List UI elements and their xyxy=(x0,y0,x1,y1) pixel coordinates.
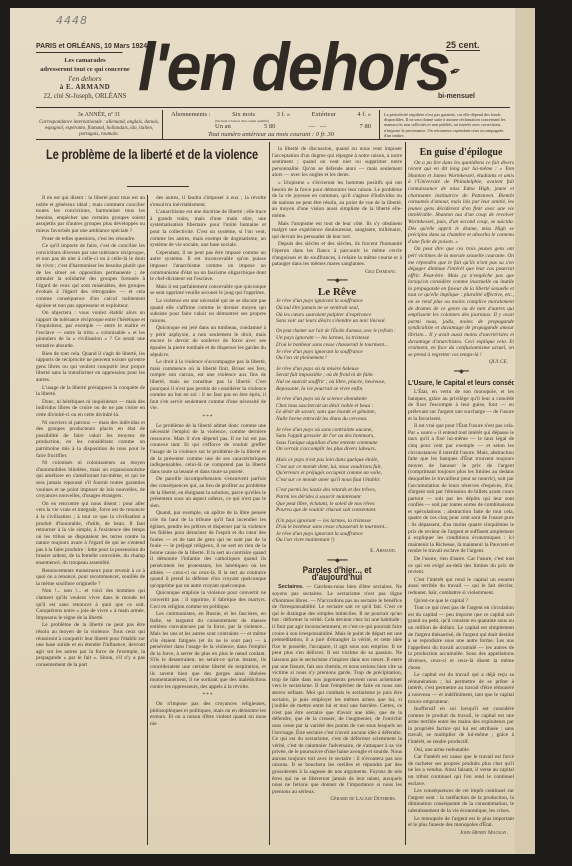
issue-info: 3e ANNÉE, nº 31 Correspondance internati… xyxy=(36,110,162,139)
paragraph: Donc, ni hérétiques ni inquisiteurs — ma… xyxy=(36,399,145,419)
poem-line: Un pays ignorant — les larmes, la triste… xyxy=(276,335,398,342)
paroles-body: — Gardons-nous bien d'être sectaires. Ne… xyxy=(272,584,402,794)
paragraph: Quand, par exemple, un apôtre de la libr… xyxy=(150,510,266,589)
poem-line: Reposante, la vie pourrait se vivre enfi… xyxy=(276,386,398,393)
poem-line: Je rêve d'un pays où sans contrainte auc… xyxy=(276,427,398,434)
archive-mark: 4448 xyxy=(56,14,88,27)
subscriptions: Abonnements : Six mois 3 f. » Extérieur … xyxy=(162,110,380,139)
main-article-column-1: Il en est qui disent : la liberté pour t… xyxy=(36,195,145,845)
epilogue-signature: QUI CE. xyxy=(408,359,514,366)
poem-line: Sans voir sur leurs désirs s'étendre un … xyxy=(276,318,398,325)
paragraph: Le problème de la liberté admet donc com… xyxy=(150,423,266,476)
paragraph: Mais il est parfaitement concevable que … xyxy=(150,284,266,297)
six-months-price: 3 f. » xyxy=(277,111,291,119)
epilogue-body: On a pu lire dans les quotidiens ce fait… xyxy=(408,160,514,359)
paragraph: On a pu lire dans les quotidiens ce fait… xyxy=(408,160,514,246)
main-article-signature: Gigi Damiani. xyxy=(272,269,402,276)
info-bar: 3e ANNÉE, nº 31 Correspondance internati… xyxy=(36,110,510,140)
address-line: à E. ARMAND xyxy=(34,83,136,92)
ornament-divider: ━━━◆━━━ xyxy=(272,558,402,565)
back-issue-price: Tout numéro antérieur au mois courant : … xyxy=(171,131,371,139)
price: 25 cent. xyxy=(446,40,480,51)
address-line: Les camarades xyxy=(34,56,136,65)
paragraph: Quiconque emploie la violence pour conve… xyxy=(150,590,266,610)
poem-line: Nul ne saurait souffrir ; où libre, plac… xyxy=(276,379,398,386)
paragraph: Ni ouvriers ni patrons — mais des indivi… xyxy=(36,420,145,460)
column-rule xyxy=(405,142,406,845)
poem-line: Ou l'on vit pleinement ! xyxy=(276,355,398,362)
paragraph: Car l'intérêt est cause que le travail e… xyxy=(408,754,514,787)
paragraph: Non !... non !... et voici des hommes qu… xyxy=(36,588,145,621)
poem-stanza: Je rêve d'un pays où la misère hideuseSe… xyxy=(276,366,398,392)
poem-line: D'où le bonheur sans cesse chasserait le… xyxy=(276,342,398,349)
paroles-title: Paroles d'hier... et d'aujourd'hui xyxy=(282,568,393,581)
poem-line: Que peut libre, éclatant, le soleil de n… xyxy=(276,501,398,508)
poem-line: Pourvu que de vouloir chacun soit consen… xyxy=(276,507,398,514)
paragraph: Le droit à la violence n'accompagne pas … xyxy=(150,359,266,412)
foreign-year-price: 7 80 xyxy=(360,123,371,131)
dateline: PARIS et ORLÉANS, 10 Mars 1924 xyxy=(36,41,122,53)
paragraph: C'est l'intérêt qui rend le capital un e… xyxy=(408,577,514,597)
paragraph: Cependant, il ne peut pas être imposé co… xyxy=(150,250,266,283)
paragraph: Rien de tout cela. Quand il s'agit de li… xyxy=(36,351,145,384)
main-article-continuation: la liberté de discussion, quand on nous … xyxy=(272,146,402,268)
ornament-divider: ━━━◆━━━ xyxy=(272,278,402,285)
poem-line: Le désir de savoir, sans que lourde et g… xyxy=(276,409,398,416)
epilogue-title: En guise d'épilogue xyxy=(408,150,514,157)
address-line: 22, cité St-Joseph, ORLÉANS xyxy=(34,92,136,101)
paragraph: Mais l'utopisme est tout de leur côté. I… xyxy=(272,221,402,241)
editorial-notice: La périodicité régulière n'est pas garan… xyxy=(380,110,510,139)
column-3: la liberté de discussion, quand on nous … xyxy=(272,146,402,846)
paragraph: Qu'est-ce que le capital ? xyxy=(408,598,514,605)
column-rule xyxy=(147,195,148,845)
poem-line: Où nul être jamais ne se sentirait seul, xyxy=(276,305,398,312)
paragraph: On peut dire que ces trois jeunes gens o… xyxy=(408,246,514,358)
paragraph: Inoffensif en soi lorsqu'il est considér… xyxy=(408,706,514,746)
poem-stanza: Mais ce pays n'est pas loin dans quelque… xyxy=(276,457,398,483)
poem-line: Je rêve d'un pays où la science abondant… xyxy=(276,396,398,403)
paragraph: Il en est qui disent : la liberté pour t… xyxy=(36,195,145,235)
poem-stanza: Je rêve d'un pays où la science abondant… xyxy=(276,396,398,422)
column-4: En guise d'épilogue On a pu lire dans le… xyxy=(408,146,514,846)
poem-line: C'est sur ce monde amer qu'il nous faut … xyxy=(276,477,398,484)
poem-line: Ou l'on vivre maintenant !) xyxy=(276,537,398,544)
usure-signature: John Henry Mackay. xyxy=(408,830,514,837)
poem-line: Je rêve d'un pays ignorant la souffrance xyxy=(276,298,398,305)
poem-line: C'est parmi les lazzis des retards et de… xyxy=(276,487,398,494)
usure-title: L'Usure, le Capital et leurs conséquence… xyxy=(408,380,501,387)
paroles-signature: Gérard de Lacaze Duthiers. xyxy=(272,796,402,803)
usure-body: L'État, en vertu de son monopole, et les… xyxy=(408,389,514,829)
paragraph: la liberté de discussion, quand on nous … xyxy=(272,146,402,179)
paragraph: Ce qu'il importe de faire, c'est de conc… xyxy=(36,243,145,309)
editor-address: Les camarades adresseront tout ce qui co… xyxy=(34,56,136,101)
poem-stanza: Je rêve d'un pays où sans contrainte auc… xyxy=(276,427,398,453)
paragraph: Tout ce qui n'est pas de l'argent en cir… xyxy=(408,605,514,671)
ornament-divider: ━━◆━━ xyxy=(408,369,514,376)
year-price: 5 80 xyxy=(264,123,275,131)
poem-stanza: C'est parmi les lazzis des retards et de… xyxy=(276,487,398,513)
foreign-label: Extérieur xyxy=(312,111,336,119)
page-edge xyxy=(515,8,535,854)
poem-line: Je rêve d'un pays ignorant la souffrance xyxy=(276,349,398,356)
poem-line: Qu'erreurs et préjugés occupent comme un… xyxy=(276,470,398,477)
poem-line: (Un pays ignorant — les larmes, la trist… xyxy=(276,518,398,525)
paragraph: On n'impose pas des croyances religieuse… xyxy=(150,701,266,727)
paragraph: De pareille incompréhension s'ensuivent … xyxy=(150,476,266,509)
poem-stanza: Je rêve d'un pays ignorant la souffrance… xyxy=(276,298,398,324)
poem-title: Le Rêve xyxy=(272,289,402,296)
masthead-rule xyxy=(36,107,510,108)
paragraph: De l'usure, rien d'autre. Car l'usure, c… xyxy=(408,556,514,576)
paragraph: Il est vrai que pour l'État l'usure n'es… xyxy=(408,423,514,555)
paragraph: Le capital est du travail qui a déjà reç… xyxy=(408,672,514,705)
year-issue: 3e ANNÉE, nº 31 xyxy=(36,112,162,118)
paragraph: des autres, il faudra s'imposer à eux ; … xyxy=(150,195,266,208)
paragraph: Les communistes, en Russie, et les fasci… xyxy=(150,611,266,690)
poem-line: Où les cœurs sauraient palpiter d'espéra… xyxy=(276,312,398,319)
poem-stanza: (Un pays ignorant — les larmes, la trist… xyxy=(276,518,398,544)
poem-body: Je rêve d'un pays ignorant la souffrance… xyxy=(272,298,402,544)
poem-line: Parmi les dérides à souvrir maintenant xyxy=(276,494,398,501)
paragraph: Les conséquences de cet impôt continuel … xyxy=(408,788,514,814)
paragraph: Le problème de la liberté ne peut pas êt… xyxy=(36,622,145,668)
poem-line: Nulle borne entravât les élans du cervea… xyxy=(276,416,398,423)
paragraph: On objectera : vous voulez établir alors… xyxy=(36,310,145,350)
paragraph: L'usage de la liberté présuppose la conq… xyxy=(36,385,145,398)
poem-line: Mais ce pays n'est pas loin dans quelque… xyxy=(276,457,398,464)
paragraph: Poser de telles questions, c'est les rés… xyxy=(36,236,145,243)
poem-line: On verrait s'accomplir les plus divers l… xyxy=(276,446,398,453)
main-article-column-2: des autres, il faudra s'imposer à eux ; … xyxy=(150,195,266,845)
paragraph: Ni colonisés ni colonisateurs au moyen d… xyxy=(36,460,145,500)
refrain-note: On peut chanter sur l'air de l'Étoile d'… xyxy=(276,329,398,336)
poem-line: Sous l'unique aiguillon d'une entente co… xyxy=(276,440,398,447)
periodicity: bi-mensuel xyxy=(438,93,475,100)
main-headline: Le problème de la liberté et de la viole… xyxy=(46,146,226,164)
poem-line: Chez tous susciterait un désir noble et … xyxy=(276,403,398,410)
headline-rule xyxy=(127,186,189,187)
paragraph: La violence est une nécessité qui ne se … xyxy=(150,298,266,324)
paragraph: L'anarchisme est une doctrine de liberté… xyxy=(150,209,266,249)
year-label: Un an xyxy=(215,123,231,131)
address-line: l'en dehors xyxy=(34,74,136,83)
poem-signature: E. Armand. xyxy=(272,548,402,555)
paragraph: Depuis des siècles et des siècles, ils f… xyxy=(272,241,402,267)
poem-line: Sans l'appât grossier de l'or ou des hon… xyxy=(276,433,398,440)
paragraph: « Utopisme » s'écrieront les hommes posi… xyxy=(272,180,402,220)
poem-line: C'est sur ce monde dont, lui, nous voudr… xyxy=(276,464,398,471)
correspondence-languages: Correspondance internationale : allemand… xyxy=(36,120,162,138)
poem-stanza: Un pays ignorant — les larmes, la triste… xyxy=(276,335,398,361)
paroles-lead: Sectaires. xyxy=(278,584,303,590)
paragraph: Quiconque est jeté dans un tombeau, cond… xyxy=(150,325,266,358)
subscription-label: Abonnements : xyxy=(171,111,211,119)
poem-line: Serait fait impossible ; où de froid ni … xyxy=(276,372,398,379)
paragraph: Oui, une arme redoutable. xyxy=(408,747,514,754)
dash: — — xyxy=(309,123,327,131)
section-break: *** xyxy=(150,692,266,699)
paragraph: Le monopole de l'argent est le plus impo… xyxy=(408,816,514,829)
paragraph: Renoncements monstrueux pour revenir à c… xyxy=(36,568,145,588)
newspaper-title: l'en dehors xyxy=(138,32,386,102)
column-rule xyxy=(269,142,270,845)
address-line: adresseront tout ce qui concerne xyxy=(34,65,136,74)
paragraph: On en rencontre qui nous disent : pour a… xyxy=(36,501,145,567)
section-break: *** xyxy=(150,414,266,421)
paragraph: L'État, en vertu de son monopole, et les… xyxy=(408,389,514,422)
foreign-six-price: 4 f. » xyxy=(357,111,371,119)
poem-line: D'où le bonheur sans cesse chasserait le… xyxy=(276,524,398,531)
six-months-label: Six mois xyxy=(232,111,255,119)
